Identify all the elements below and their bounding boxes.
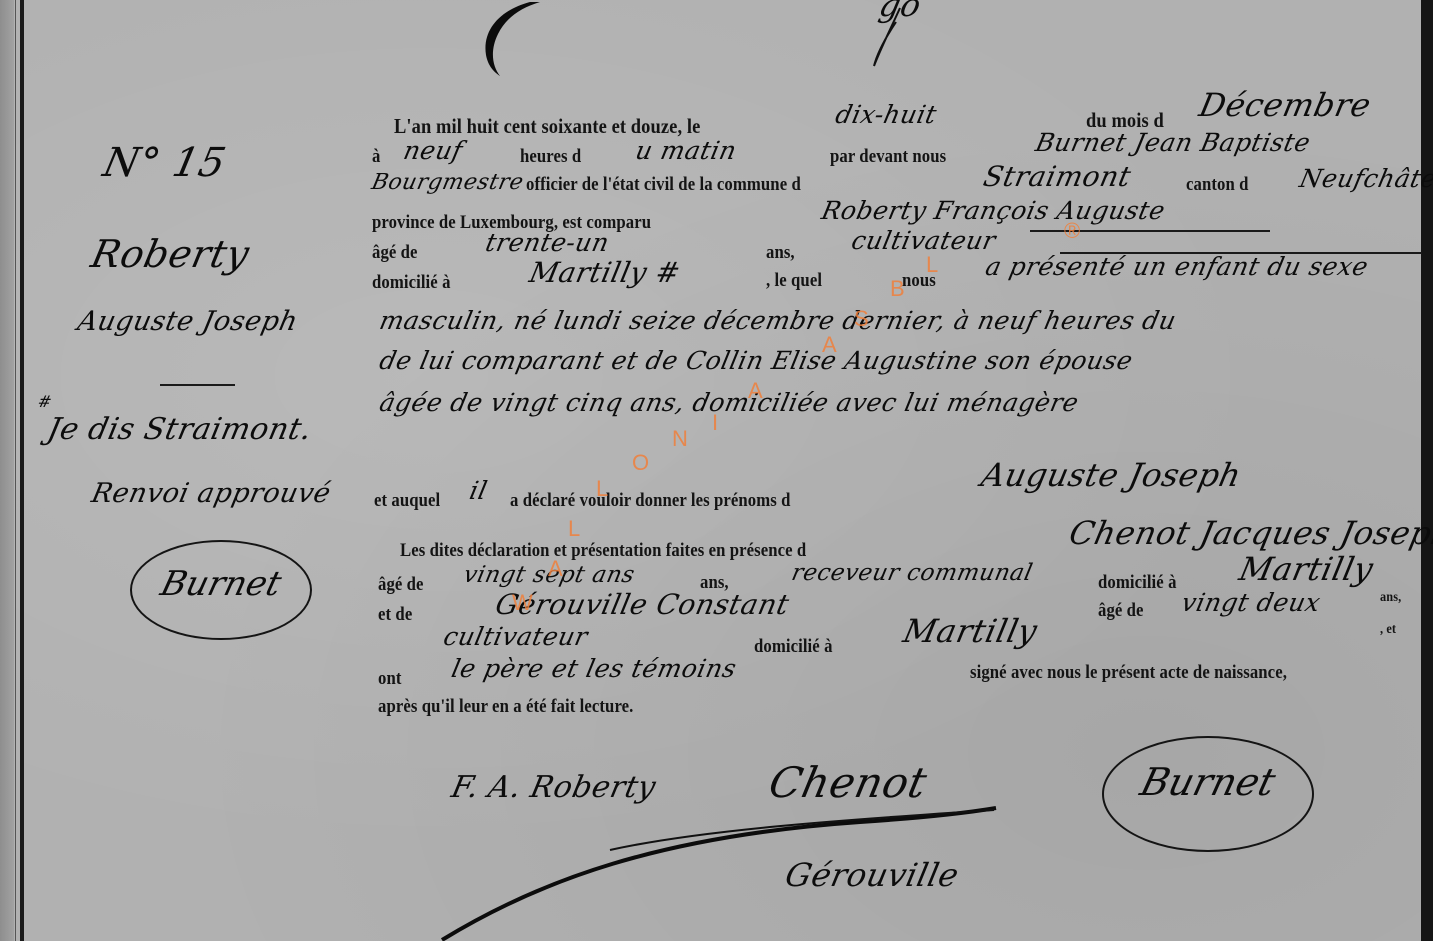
printed-text: âgé de: [1098, 600, 1144, 622]
printed-text: domicilié à: [1098, 572, 1177, 594]
handwritten-declarant-occupation: cultivateur: [849, 226, 999, 255]
handwritten-signatories: le père et les témoins: [449, 654, 739, 683]
printed-text: heures d: [520, 146, 581, 168]
printed-text: domicilié à: [372, 272, 451, 294]
margin-annotation: Je dis Straimont.: [44, 412, 315, 447]
watermark-letter: A: [548, 556, 563, 582]
margin-given-names: Auguste Joseph: [75, 306, 301, 337]
printed-text: signé avec nous le présent acte de naiss…: [970, 662, 1287, 684]
printed-text: âgé de: [378, 574, 424, 596]
margin-rule: [20, 0, 24, 941]
handwritten-child-names: Auguste Joseph: [978, 456, 1245, 494]
watermark-letter: L: [568, 516, 580, 542]
printed-text: , et: [1380, 622, 1396, 638]
annotation-marker: #: [36, 392, 54, 411]
watermark-letter: L: [926, 252, 938, 278]
handwritten-residence: Martilly #: [526, 256, 683, 289]
signature-gerouville: Gérouville: [782, 856, 962, 894]
header-flourish-loop: [860, 0, 920, 70]
document-scan: go N° 15 Roberty Auguste Joseph # Je dis…: [0, 0, 1433, 941]
margin-signature-seal: Burnet: [130, 540, 312, 640]
watermark-letter: L: [596, 476, 608, 502]
handwritten-day: dix-huit: [833, 100, 940, 129]
printed-text: officier de l'état civil de la commune d: [526, 174, 801, 196]
handwritten-hour: neuf: [401, 136, 465, 165]
printed-text: ont: [378, 668, 401, 690]
margin-rule-thin: [15, 0, 16, 941]
signature-burnet: Burnet: [1099, 760, 1318, 804]
printed-text: à: [372, 146, 380, 168]
printed-text: après qu'il leur en a été fait lecture.: [378, 696, 633, 718]
handwritten-witness1-name: Chenot Jacques Joseph: [1066, 514, 1433, 552]
binding-strip: [0, 0, 14, 941]
handwritten-pronoun: il: [467, 476, 490, 505]
watermark-letter: B: [890, 276, 905, 302]
handwritten-witness1-occupation: receveur communal: [789, 560, 1035, 586]
watermark-letter: A: [822, 332, 837, 358]
handwritten-witness2-age: vingt deux: [1179, 588, 1323, 617]
printed-text: , le quel: [766, 270, 822, 292]
printed-text: ans,: [1380, 590, 1401, 606]
handwritten-witness2-name: Gérouville Constant: [492, 588, 792, 621]
act-number: N° 15: [99, 140, 230, 186]
handwritten-time-of-day: u matin: [633, 136, 739, 165]
handwritten-officer-title: Bourgmestre: [369, 170, 526, 195]
handwritten-officer-name: Burnet Jean Baptiste: [1033, 128, 1313, 157]
watermark-letter: N: [672, 426, 688, 452]
printed-text: ans,: [766, 242, 795, 264]
printed-text: Les dites déclaration et présentation fa…: [400, 540, 806, 562]
margin-divider: [160, 384, 235, 386]
printed-text: domicilié à: [754, 636, 833, 658]
handwritten-mother: de lui comparant et de Collin Elise Augu…: [377, 346, 1136, 375]
watermark-letter: I: [712, 410, 718, 436]
printed-text: canton d: [1186, 174, 1248, 196]
handwritten-witness2-occupation: cultivateur: [441, 622, 591, 651]
margin-signature: Burnet: [127, 564, 315, 604]
watermark-letter: S: [854, 306, 869, 332]
handwritten-birth-details: masculin, né lundi seize décembre dernie…: [377, 306, 1179, 335]
signature-seal-burnet: Burnet: [1102, 736, 1314, 852]
printed-text: a déclaré vouloir donner les prénoms d: [510, 490, 790, 512]
watermark-letter: O: [632, 450, 649, 476]
handwritten-witness1-residence: Martilly: [1236, 550, 1377, 588]
watermark-registered-mark: ®: [1064, 218, 1080, 244]
handwritten-canton: Neufchâteau: [1297, 164, 1433, 193]
printed-text: âgé de: [372, 242, 418, 264]
printed-text: et de: [378, 604, 412, 626]
handwritten-declarant-age: trente-un: [483, 228, 612, 257]
printed-text: et auquel: [374, 490, 440, 512]
margin-approval: Renvoi approuvé: [89, 478, 334, 509]
handwritten-month: Décembre: [1196, 86, 1375, 124]
handwritten-declarant-name: Roberty François Auguste: [819, 196, 1168, 225]
watermark-letter: A: [748, 378, 763, 404]
header-flourish: [470, 0, 550, 80]
handwritten-mother-details: âgée de vingt cinq ans, domiciliée avec …: [377, 388, 1081, 417]
margin-surname: Roberty: [87, 232, 253, 276]
handwritten-witness2-residence: Martilly: [900, 612, 1041, 650]
page-edge: [1421, 0, 1433, 941]
watermark-letter: W: [512, 590, 533, 616]
printed-text: par devant nous: [830, 146, 946, 168]
handwritten-text: a présenté un enfant du sexe: [983, 252, 1371, 281]
handwritten-commune: Straimont: [980, 160, 1134, 193]
